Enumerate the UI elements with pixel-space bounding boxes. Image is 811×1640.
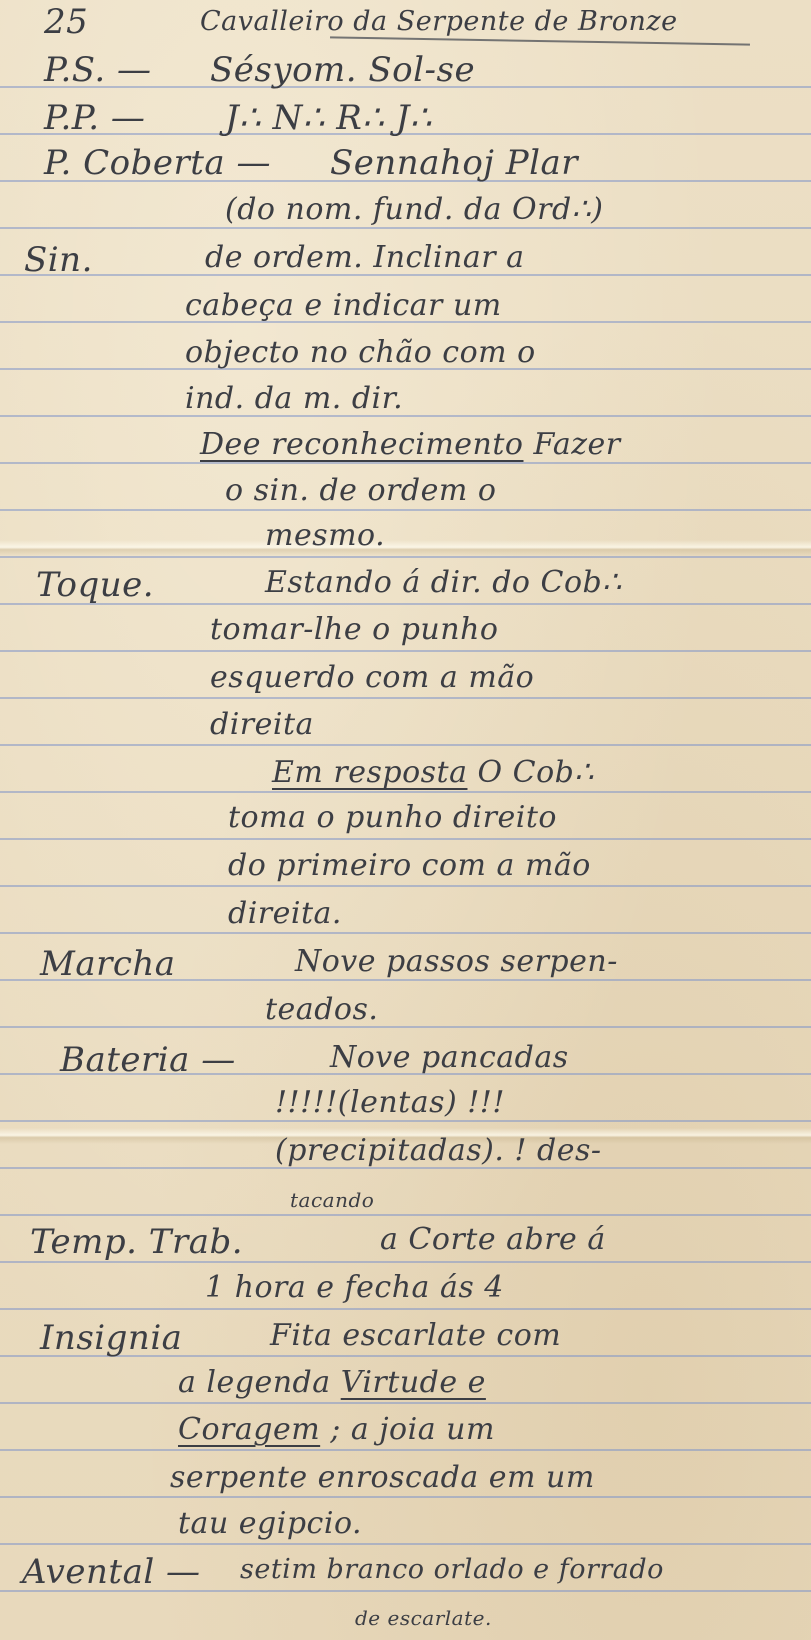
entry-text: esquerdo com a mão	[210, 660, 534, 695]
page-number: 25	[44, 2, 88, 42]
entry-text: Sésyom. Sol-se	[210, 50, 475, 90]
entry-label-sin: Sin.	[24, 240, 93, 280]
entry-text: (precipitadas). ! des-	[275, 1133, 601, 1168]
manuscript-page: 25 Cavalleiro da Serpente de Bronze P.S.…	[0, 0, 811, 1640]
entry-text: (do nom. fund. da Ord∴)	[225, 192, 604, 227]
entry-text: serpente enroscada em um	[170, 1460, 595, 1495]
entry-label-ps: P.S. —	[44, 50, 152, 90]
entry-text: J∴ N∴ R∴ J∴	[225, 98, 432, 138]
ruled-line	[0, 509, 811, 511]
ruled-line	[0, 1308, 811, 1310]
title-underline	[330, 36, 750, 45]
entry-text: direita.	[228, 896, 342, 931]
paper-fold-crease	[0, 540, 811, 556]
ruled-line	[0, 932, 811, 934]
entry-text: tacando	[290, 1188, 374, 1212]
underlined-phrase: Dee reconhecimento	[200, 427, 524, 462]
entry-text-underlined: Coragem ; a joia um	[178, 1412, 495, 1447]
entry-label-marcha: Marcha	[40, 944, 176, 984]
underlined-phrase: Virtude e	[341, 1365, 486, 1400]
entry-label-toque: Toque.	[36, 565, 154, 605]
ruled-line	[0, 415, 811, 417]
entry-text: tomar-lhe o punho	[210, 612, 498, 647]
ruled-line	[0, 1543, 811, 1545]
ruled-line	[0, 1120, 811, 1122]
entry-text: Fita escarlate com	[270, 1318, 561, 1353]
entry-text: setim branco orlado e forrado	[240, 1554, 664, 1585]
entry-text: 1 hora e fecha ás 4	[205, 1270, 504, 1305]
entry-text: do primeiro com a mão	[228, 848, 591, 883]
entry-text: ind. da m. dir.	[185, 381, 403, 416]
ruled-line	[0, 838, 811, 840]
entry-text: direita	[210, 707, 314, 742]
ruled-line	[0, 462, 811, 464]
entry-text: teados.	[265, 992, 378, 1027]
entry-text: a Corte abre á	[380, 1222, 606, 1257]
entry-text-underlined: a legenda Virtude e	[178, 1365, 486, 1400]
entry-label-insignia: Insignia	[40, 1318, 182, 1358]
entry-text: Nove pancadas	[330, 1040, 569, 1075]
entry-label-temp-trab: Temp. Trab.	[30, 1222, 243, 1262]
entry-text: Estando á dir. do Cob∴	[265, 565, 622, 600]
ruled-line	[0, 885, 811, 887]
entry-text: Nove passos serpen-	[295, 944, 618, 979]
ruled-line	[0, 791, 811, 793]
entry-label-pp: P.P. —	[44, 98, 145, 138]
entry-text: mesmo.	[265, 518, 385, 553]
entry-label-p-coberta: P. Coberta —	[44, 143, 271, 183]
entry-text: de ordem. Inclinar a	[205, 240, 525, 275]
ruled-line	[0, 227, 811, 229]
entry-text-underlined: Dee reconhecimento Fazer	[200, 427, 621, 462]
ruled-line	[0, 1449, 811, 1451]
entry-text: objecto no chão com o	[185, 335, 536, 370]
ruled-line	[0, 697, 811, 699]
ruled-line	[0, 744, 811, 746]
ruled-line	[0, 1026, 811, 1028]
entry-text: !!!!!(lentas) !!!	[275, 1085, 505, 1120]
ruled-line	[0, 556, 811, 558]
entry-label-bateria: Bateria —	[60, 1040, 236, 1080]
ruled-line	[0, 1402, 811, 1404]
entry-text-underlined: Em resposta O Cob∴	[272, 755, 594, 790]
entry-text: de escarlate.	[355, 1606, 492, 1630]
page-title: Cavalleiro da Serpente de Bronze	[200, 6, 678, 37]
ruled-line	[0, 1496, 811, 1498]
ruled-line	[0, 1214, 811, 1216]
underlined-phrase: Coragem	[178, 1412, 320, 1447]
entry-text: o sin. de ordem o	[225, 473, 496, 508]
entry-text: Sennahoj Plar	[330, 143, 578, 183]
entry-text: tau egipcio.	[178, 1506, 362, 1541]
ruled-line	[0, 650, 811, 652]
entry-text: toma o punho direito	[228, 800, 557, 835]
underlined-phrase: Em resposta	[272, 755, 467, 790]
entry-text: cabeça e indicar um	[185, 288, 502, 323]
entry-label-avental: Avental —	[22, 1552, 201, 1592]
